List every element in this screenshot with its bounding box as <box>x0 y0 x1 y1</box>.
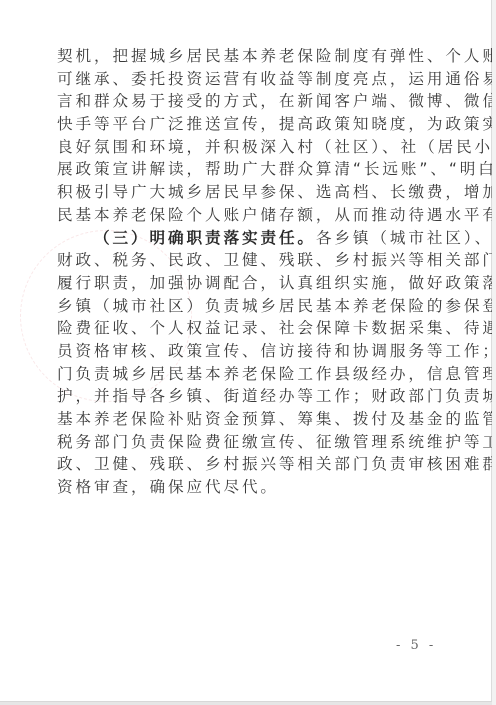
text-line: 门负责城乡居民基本养老保险工作县级经办，信息管理系统维 <box>57 363 449 386</box>
text-line: 资格审查，确保应代尽代。 <box>57 476 449 499</box>
text-line: 展政策宣讲解读，帮助广大群众算清“长远账”、“明白账”， <box>57 158 449 181</box>
section-3-first-line-text: 各乡镇（城市社区）、人社、 <box>316 229 496 247</box>
document-body: 契机，把握城乡居民基本养老保险制度有弹性、个人账户资金 可继承、委托投资运营有收… <box>57 45 449 499</box>
text-line: 员资格审核、政策宣传、信访接待和协调服务等工作；人社部 <box>57 340 449 363</box>
page-number: - 5 - <box>396 638 436 653</box>
document-page: 契机，把握城乡居民基本养老保险制度有弹性、个人账户资金 可继承、委托投资运营有收… <box>0 0 492 702</box>
text-line: 财政、税务、民政、卫健、残联、乡村振兴等相关部门要切实 <box>57 249 449 272</box>
text-line: 险费征收、个人权益记录、社会保障卡数据采集、待遇领取人 <box>57 317 449 340</box>
text-line: 言和群众易于接受的方式，在新闻客户端、微博、微信、抖音、 <box>57 90 449 113</box>
text-line: 契机，把握城乡居民基本养老保险制度有弹性、个人账户资金 <box>57 45 449 68</box>
text-line: 政、卫健、残联、乡村振兴等相关部门负责审核困难群体代缴 <box>57 453 449 476</box>
section-3-first-line: （三）明确职责落实责任。各乡镇（城市社区）、人社、 <box>57 227 449 250</box>
text-line: 乡镇（城市社区）负责城乡居民基本养老保险的参保登记、保 <box>57 295 449 318</box>
text-line: 可继承、委托投资运营有收益等制度亮点，运用通俗易懂的语 <box>57 68 449 91</box>
text-line: 积极引导广大城乡居民早参保、选高档、长缴费，增加城乡居 <box>57 181 449 204</box>
text-line: 良好氛围和环境，并积极深入村（社区）、社（居民小组）开 <box>57 136 449 159</box>
page-edge <box>492 0 496 705</box>
text-line: 履行职责，加强协调配合，认真组织实施，做好政策落地。各 <box>57 272 449 295</box>
text-line: 快手等平台广泛推送宣传，提高政策知晓度，为政策实施营造 <box>57 113 449 136</box>
text-line: 民基本养老保险个人账户储存额，从而推动待遇水平有效提高。 <box>57 204 449 227</box>
text-line: 税务部门负责保险费征缴宣传、征缴管理系统维护等工作；民 <box>57 431 449 454</box>
text-line: 护，并指导各乡镇、街道经办等工作；财政部门负责城乡居民 <box>57 385 449 408</box>
section-3-heading: （三）明确职责落实责任。 <box>94 229 316 247</box>
text-line: 基本养老保险补贴资金预算、筹集、拨付及基金的监管等工作； <box>57 408 449 431</box>
